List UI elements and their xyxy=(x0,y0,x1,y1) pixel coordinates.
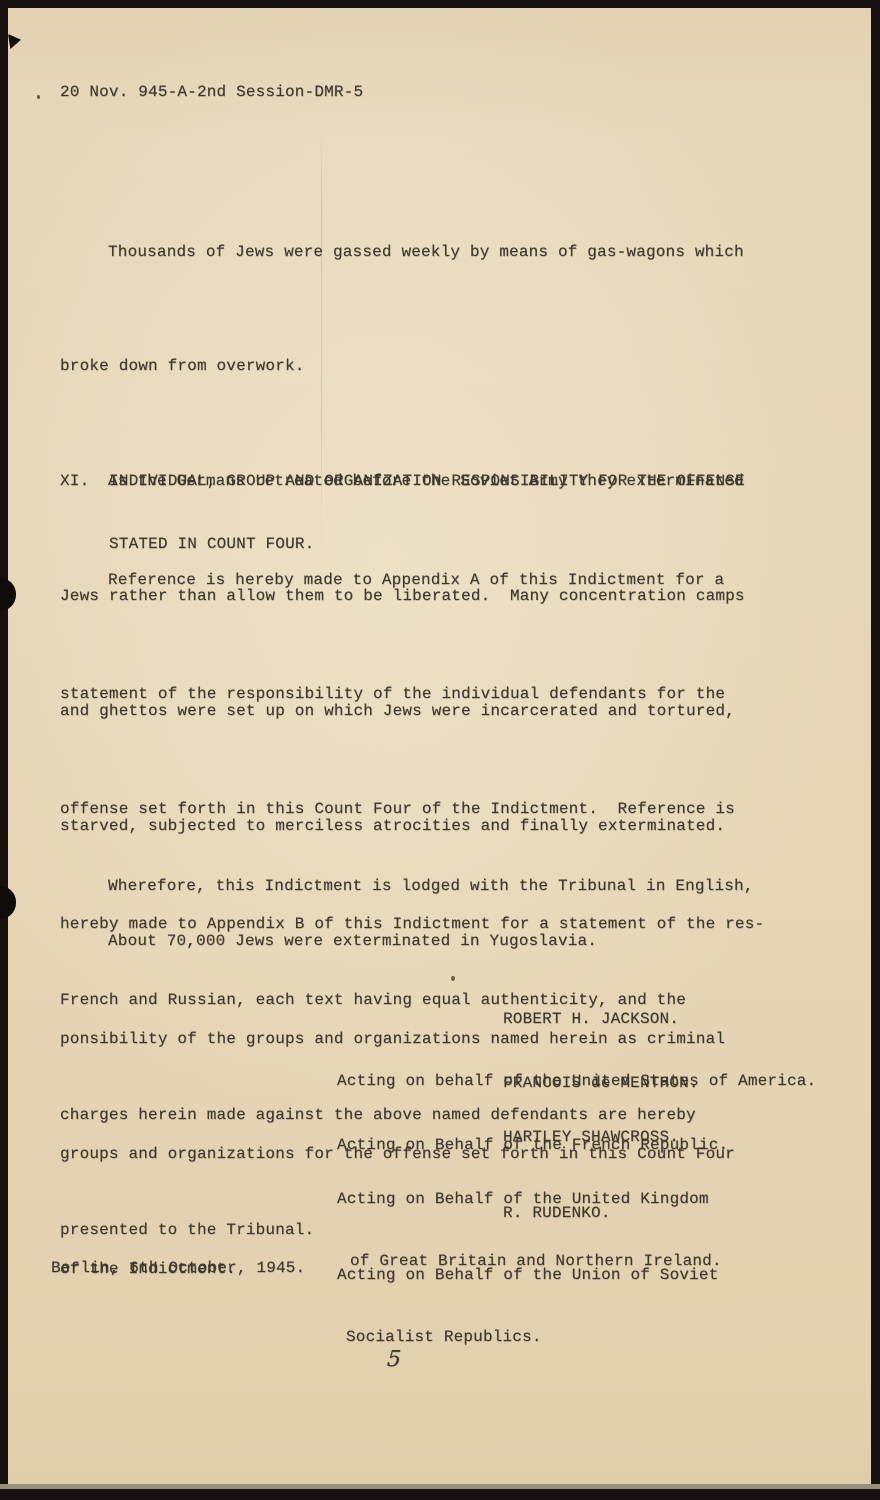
page-number: 5 xyxy=(386,1347,402,1373)
scan-edge-left xyxy=(0,0,8,1500)
scan-edge-top xyxy=(0,0,880,8)
binder-hole-mark xyxy=(0,578,16,611)
signatory-name: ROBERT H. JACKSON. xyxy=(503,1009,816,1030)
paragraph-line: statement of the responsibility of the i… xyxy=(60,675,820,713)
session-header-line: 20 Nov. 945-A-2nd Session-DMR-5 xyxy=(60,82,363,102)
paragraph-line: Reference is hereby made to Appendix A o… xyxy=(60,561,820,599)
paragraph-line: broke down from overwork. xyxy=(60,347,820,385)
scan-edge-bottom xyxy=(0,1489,880,1500)
signatory-capacity: Socialist Republics. xyxy=(346,1327,718,1348)
paragraph-line: Wherefore, this Indictment is lodged wit… xyxy=(60,867,820,905)
signatory-name: R. RUDENKO. xyxy=(503,1203,718,1224)
torn-corner-mark xyxy=(8,34,21,49)
signatory-name: HARTLEY SHAWCROSS. xyxy=(503,1127,722,1148)
dateline: Berlin, 6th October, 1945. xyxy=(51,1258,305,1278)
signatory-capacity: Acting on Behalf of the Union of Soviet xyxy=(337,1265,718,1286)
ink-speck xyxy=(37,95,40,99)
document-page: 20 Nov. 945-A-2nd Session-DMR-5 Thousand… xyxy=(0,0,880,1500)
paragraph-line: Thousands of Jews were gassed weekly by … xyxy=(60,233,820,271)
scan-edge-right xyxy=(871,0,880,1500)
binder-hole-mark xyxy=(0,886,16,919)
